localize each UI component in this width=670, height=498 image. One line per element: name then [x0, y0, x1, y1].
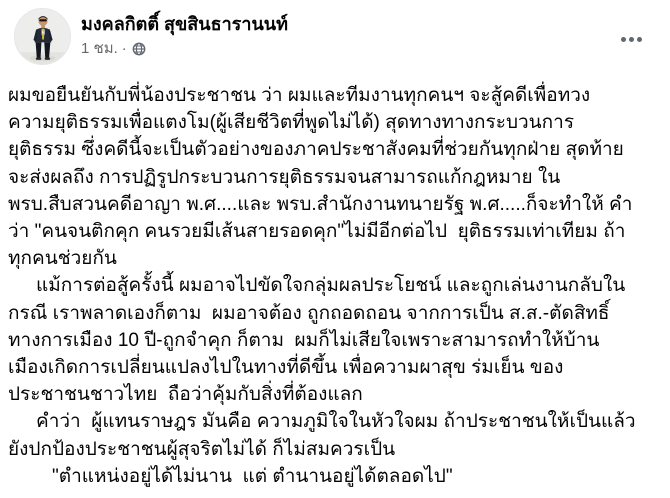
post-text-line: จะส่งผลถึง การปฏิรูปกระบวนการยุติธรรมจนส… — [8, 164, 662, 191]
post-text-line: ยุติธรรม ซึ่งคดีนี้จะเป็นตัวอย่างของภาคป… — [8, 136, 662, 163]
post-text-line: "ตำแหน่งอยู่ได้ไม่นาน แต่ ตำนานอยู่ได้ตล… — [8, 463, 662, 490]
post-text-line: เมืองเกิดการเปลี่ยนแปลงไปในทางที่ดีขึ้น … — [8, 354, 662, 381]
post-text-line: คำว่า ผู้แทนราษฎร มันคือ ความภูมิใจในหัว… — [8, 408, 662, 435]
globe-icon — [132, 42, 146, 56]
post-text-line: ว่า "คนจนติกคุก คนรวยมีเส้นสายรอดคุก"ไม่… — [8, 218, 662, 245]
post-text-line: ยังปกป้องประชาชนผู้สุจริตไม่ได้ ก็ไม่สมค… — [8, 436, 662, 463]
post-text-line: กรณี เราพลาดเองก็ตาม ผมอาจต้อง ถูกถอดถอน… — [8, 300, 662, 327]
post-meta-row: 1 ชม. · — [81, 39, 288, 58]
post-menu-button[interactable] — [614, 28, 648, 50]
post-text-line: ผมขอยืนยันกับพี่น้องประชาชน ว่า ผมและทีม… — [8, 82, 662, 109]
meta-separator: · — [122, 39, 127, 58]
post-timestamp[interactable]: 1 ชม. — [81, 39, 118, 58]
profile-avatar[interactable] — [14, 8, 71, 65]
post-text-line: ความยุติธรรมเพื่อแตงโม(ผู้เสียชีวิตที่พู… — [8, 109, 662, 136]
post-text-line: ประชาชนชาวไทย ถือว่าคุ้มกับสิ่งที่ต้องแล… — [8, 381, 662, 408]
ellipsis-icon — [621, 37, 626, 42]
facebook-post: มงคลกิตติ์ สุขสินธารานนท์ 1 ชม. · — [0, 0, 670, 498]
avatar-photo-man-standing — [15, 9, 70, 64]
post-header: มงคลกิตติ์ สุขสินธารานนท์ 1 ชม. · — [0, 0, 670, 74]
post-text-line: ทางการเมือง 10 ปี-ถูกจำคุก ก็ตาม ผมก็ไม่… — [8, 327, 662, 354]
post-text-line: ทุกคนช่วยกัน — [8, 245, 662, 272]
post-header-meta: มงคลกิตติ์ สุขสินธารานนท์ 1 ชม. · — [81, 8, 288, 58]
author-name[interactable]: มงคลกิตติ์ สุขสินธารานนท์ — [81, 11, 288, 37]
post-text-line: แม้การต่อสู้ครั้งนี้ ผมอาจไปขัดใจกลุ่มผล… — [8, 272, 662, 299]
post-text-line: พรบ.สืบสวนคดีอาญา พ.ศ....และ พรบ.สำนักงา… — [8, 191, 662, 218]
post-body: ผมขอยืนยันกับพี่น้องประชาชน ว่า ผมและทีม… — [0, 74, 670, 490]
